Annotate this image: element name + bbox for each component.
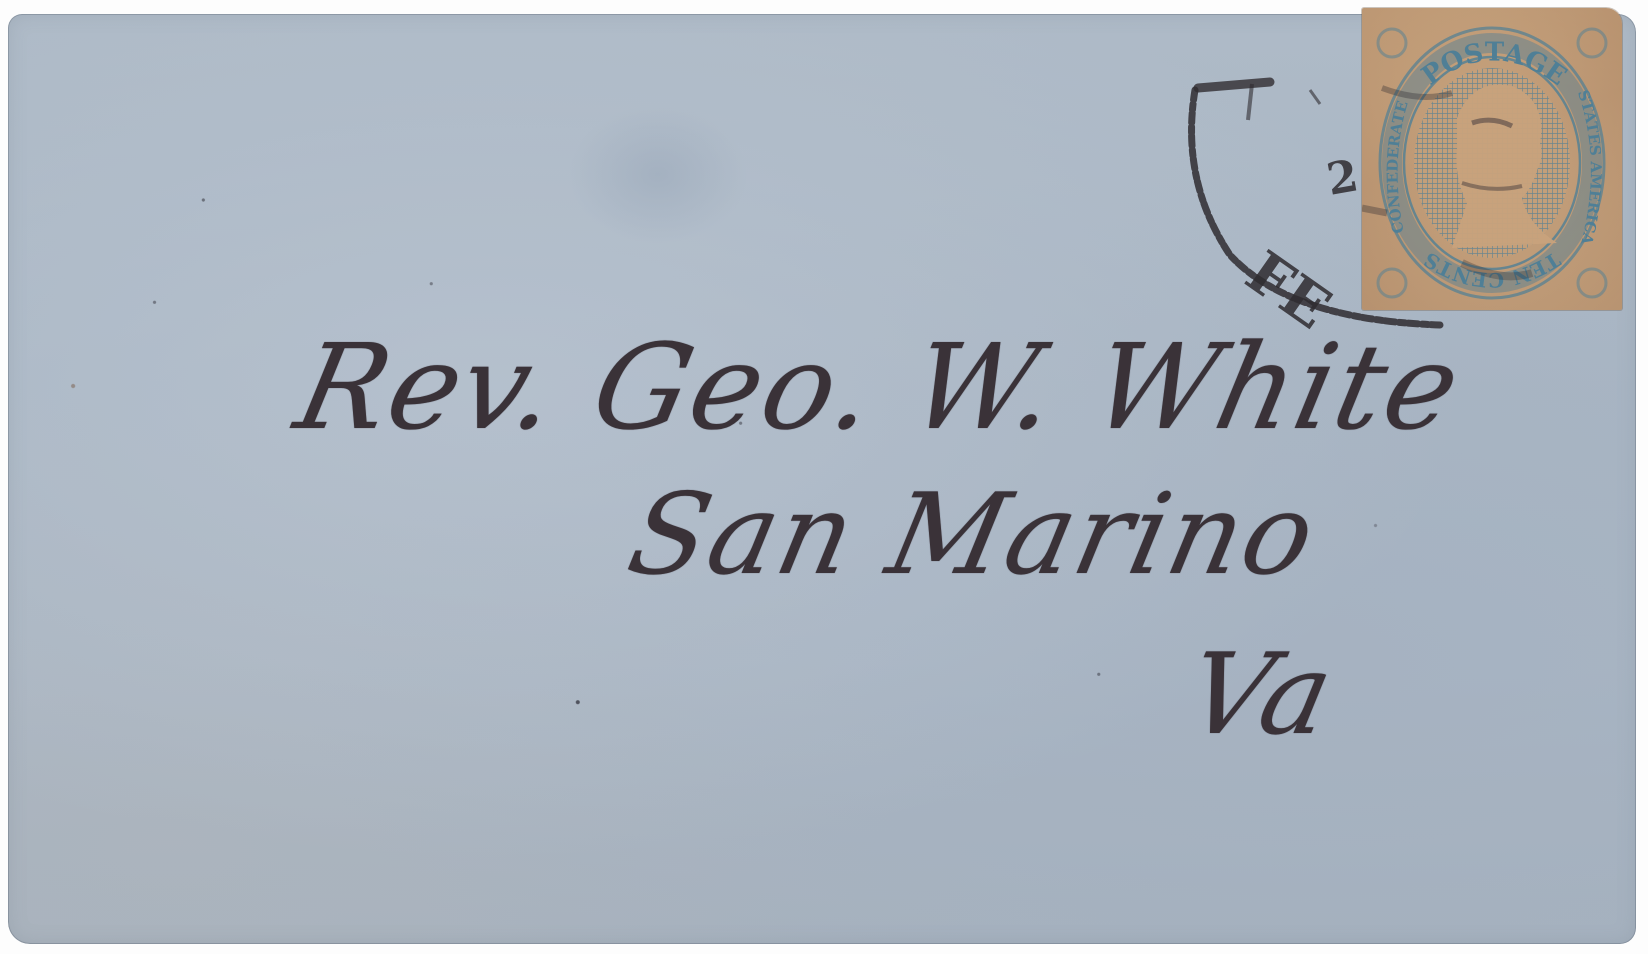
- address-town: San Marino: [618, 470, 1327, 600]
- stamp-portrait-icon: POSTAGE CONFEDERATE STATES AMERICA TEN C…: [1362, 8, 1622, 310]
- addressee-name: Rev. Geo. W. White: [285, 318, 1473, 456]
- svg-text:2: 2: [1323, 150, 1362, 206]
- postage-stamp: POSTAGE CONFEDERATE STATES AMERICA TEN C…: [1362, 8, 1622, 310]
- address-state: Va: [1176, 630, 1345, 760]
- scan-background: 2 FE: [0, 0, 1648, 954]
- paper-stain: [568, 104, 748, 244]
